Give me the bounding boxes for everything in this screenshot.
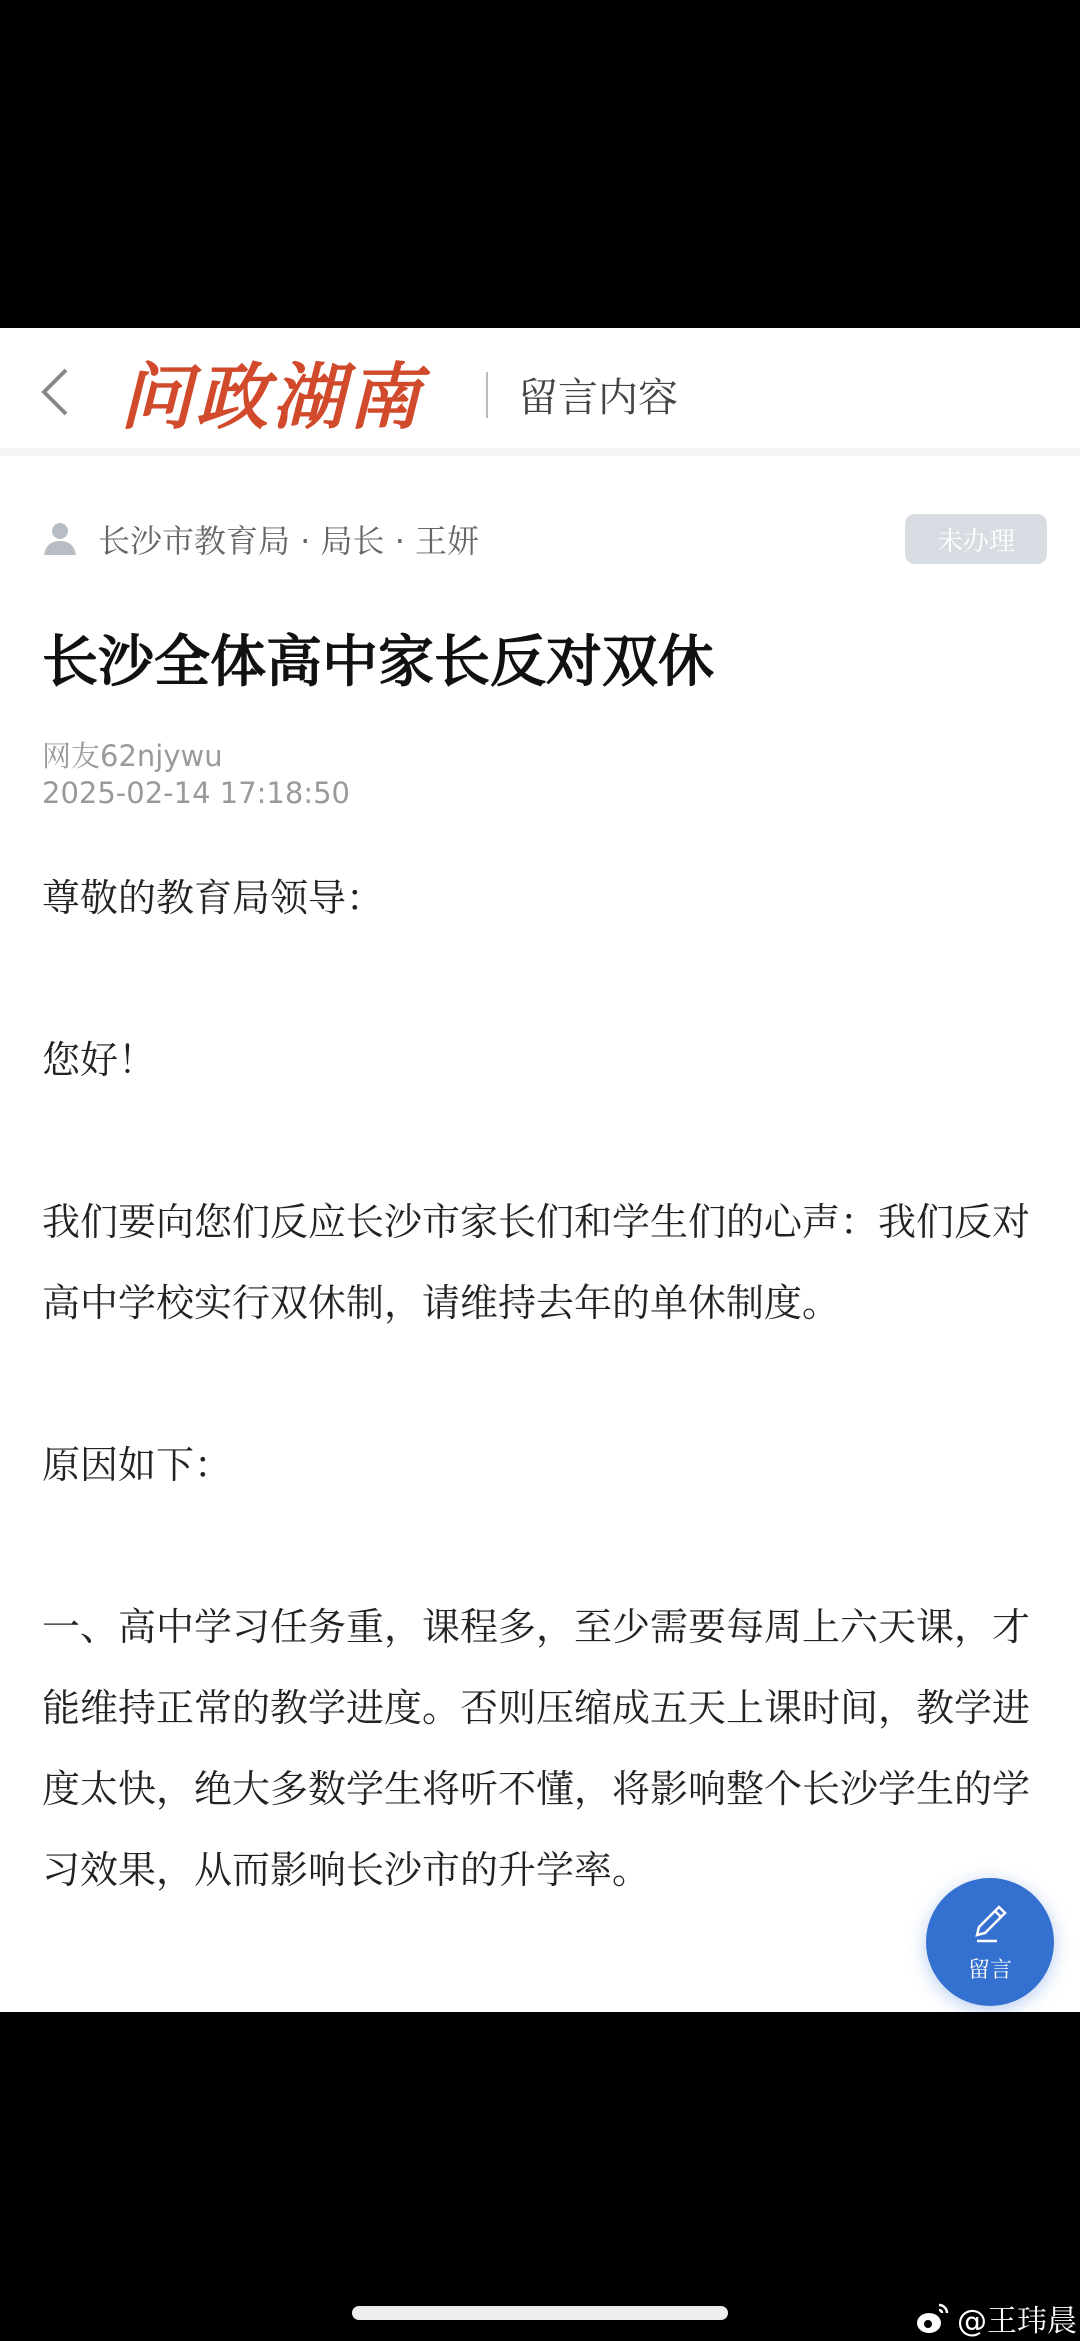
weibo-icon	[915, 2301, 951, 2335]
watermark-text: @王玮晨	[957, 2296, 1077, 2340]
app-screen: 问政湖南 留言内容 长沙市教育局 · 局长 · 王妍 未办理 长沙全体高中家长反…	[0, 328, 1080, 2012]
recipient-text: 长沙市教育局 · 局长 · 王妍	[98, 516, 479, 562]
status-badge: 未办理	[905, 514, 1047, 564]
paragraph: 您好！	[42, 1020, 1052, 1101]
watermark: @王玮晨	[915, 2296, 1077, 2340]
logo: 问政湖南	[120, 346, 424, 436]
author-name: 网友62njywu	[42, 734, 223, 775]
home-indicator[interactable]	[352, 2306, 728, 2320]
paragraph: 原因如下：	[42, 1425, 1052, 1506]
page-title: 留言内容	[518, 366, 678, 423]
header-divider	[486, 372, 488, 418]
recipient-row: 长沙市教育局 · 局长 · 王妍	[42, 516, 479, 562]
timestamp: 2025-02-14 17:18:50	[42, 776, 350, 810]
paragraph: 我们要向您们反应长沙市家长们和学生们的心声：我们反对高中学校实行双休制，请维持去…	[42, 1182, 1052, 1344]
pencil-icon	[967, 1901, 1013, 1947]
message-title: 长沙全体高中家长反对双休	[42, 618, 714, 698]
person-icon	[42, 521, 78, 557]
paragraph: 一、高中学习任务重，课程多，至少需要每周上六天课，才能维持正常的教学进度。否则压…	[42, 1587, 1052, 1911]
message-body: 尊敬的教育局领导： 您好！ 我们要向您们反应长沙市家长们和学生们的心声：我们反对…	[42, 858, 1052, 1992]
paragraph: 尊敬的教育局领导：	[42, 858, 1052, 939]
header: 问政湖南 留言内容	[0, 328, 1080, 456]
back-icon[interactable]	[36, 364, 76, 420]
leave-message-button[interactable]: 留言	[926, 1878, 1054, 2006]
fab-label: 留言	[968, 1953, 1012, 1984]
